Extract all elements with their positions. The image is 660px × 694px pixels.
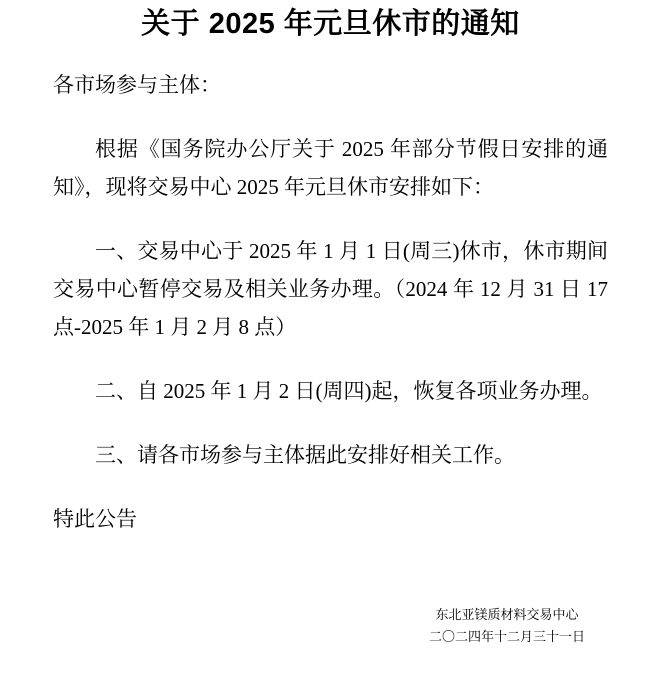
notice-document: 关于 2025 年元旦休市的通知 各市场参与主体： 根据《国务院办公厅关于 20… [0, 0, 660, 694]
paragraph-item-2: 二、自 2025 年 1 月 2 日(周四)起，恢复各项业务办理。 [53, 372, 608, 410]
paragraph-item-1: 一、交易中心于 2025 年 1 月 1 日(周三)休市，休市期间交易中心暂停交… [53, 232, 608, 346]
closing-phrase: 特此公告 [53, 500, 608, 538]
paragraph-intro: 根据《国务院办公厅关于 2025 年部分节假日安排的通知》，现将交易中心 202… [53, 130, 608, 206]
signature-organization: 东北亚镁质材料交易中心 [429, 604, 585, 626]
signature-block: 东北亚镁质材料交易中心 二〇二四年十二月三十一日 [53, 604, 608, 648]
signature-lines: 东北亚镁质材料交易中心 二〇二四年十二月三十一日 [429, 604, 585, 648]
notice-title: 关于 2025 年元旦休市的通知 [53, 6, 608, 42]
paragraph-item-3: 三、请各市场参与主体据此安排好相关工作。 [53, 436, 608, 474]
salutation: 各市场参与主体： [53, 66, 608, 104]
signature-date: 二〇二四年十二月三十一日 [429, 626, 585, 648]
